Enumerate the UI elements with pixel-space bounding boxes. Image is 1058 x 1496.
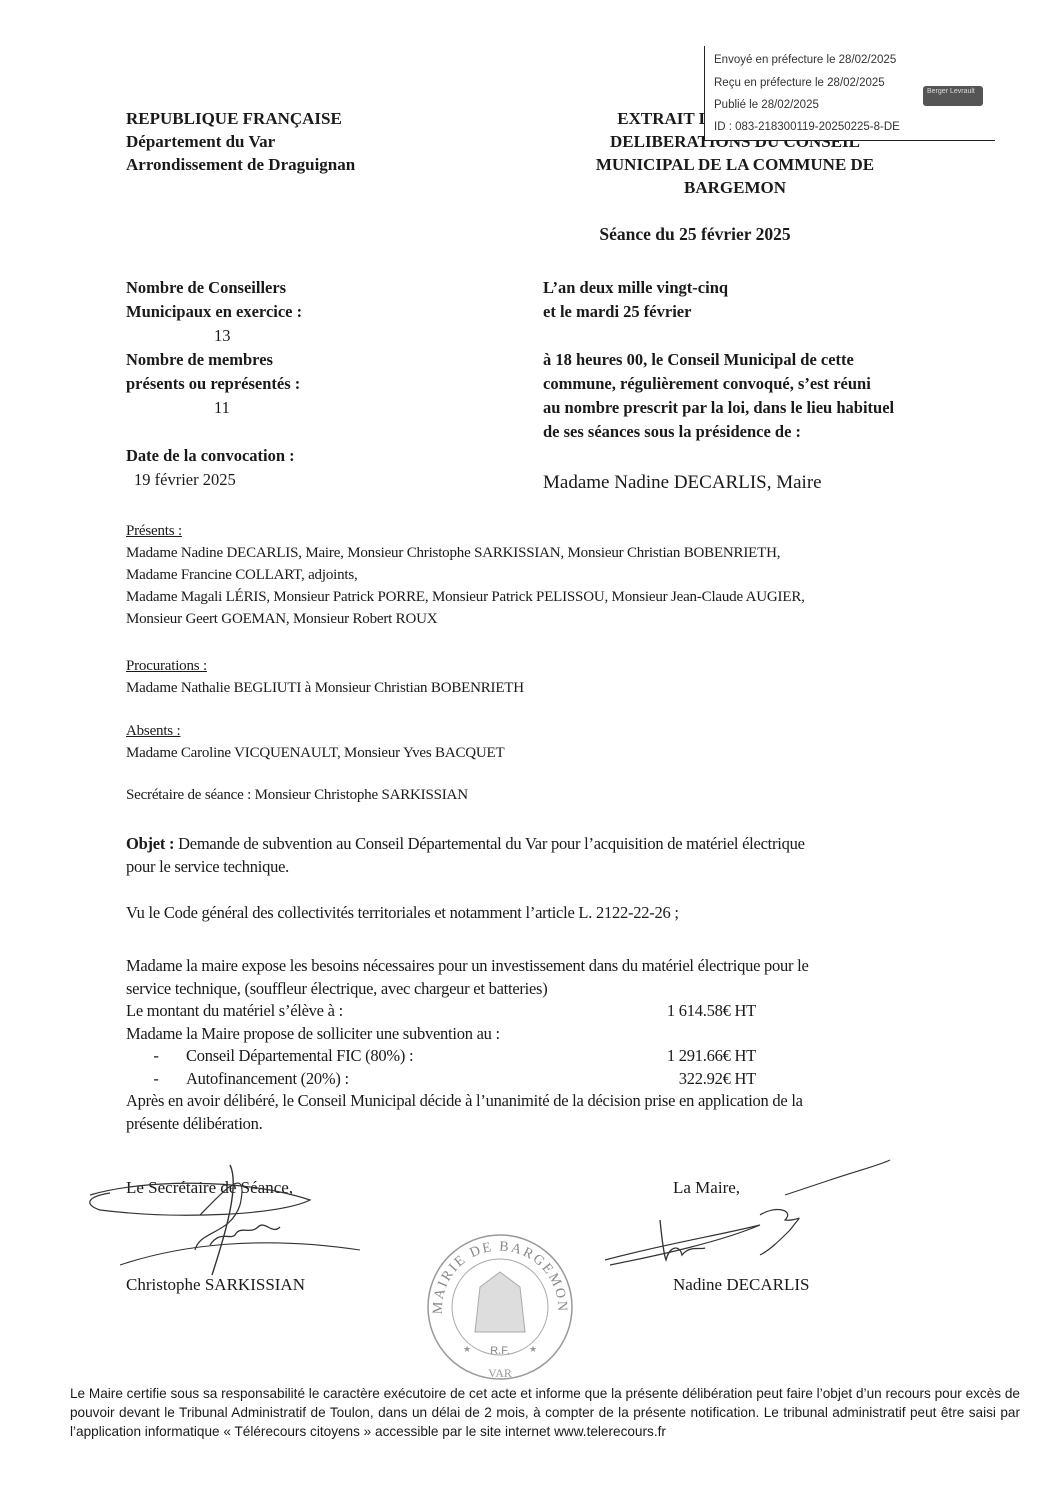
convocation-date: 19 février 2025: [126, 468, 302, 492]
presents-label: Présents :: [126, 520, 805, 542]
amount-value: 1 614.58€ HT: [636, 1000, 756, 1023]
transmission-stamp: Envoyé en préfecture le 28/02/2025 Reçu …: [704, 46, 995, 141]
absents-text: Madame Caroline VICQUENAULT, Monsieur Yv…: [126, 742, 504, 764]
object-section: Objet : Demande de subvention au Conseil…: [126, 833, 805, 878]
arrondissement: Arrondissement de Draguignan: [126, 153, 355, 176]
procurations-label: Procurations :: [126, 655, 524, 677]
commune-name: BARGEMON: [540, 176, 930, 199]
presents-line: Madame Magali LÉRIS, Monsieur Patrick PO…: [126, 586, 805, 608]
councillors-label-2: Municipaux en exercice :: [126, 300, 302, 324]
secretary-signature-icon: [80, 1155, 380, 1285]
members-label-2: présents ou représentés :: [126, 372, 302, 396]
funding-value: 1 291.66€ HT: [636, 1045, 756, 1068]
object-text: Demande de subvention au Conseil Départe…: [174, 834, 804, 853]
berger-levrault-logo: Berger Levrault: [923, 86, 983, 106]
funding-row: - Conseil Départemental FIC (80%) : 1 29…: [126, 1045, 809, 1068]
attendance-summary: Nombre de Conseillers Municipaux en exer…: [126, 276, 302, 492]
decision-line-2: présente délibération.: [126, 1113, 809, 1136]
object-label: Objet :: [126, 834, 174, 853]
procurations-text: Madame Nathalie BEGLIUTI à Monsieur Chri…: [126, 677, 524, 699]
meeting-line-4: de ses séances sous la présidence de :: [543, 420, 894, 444]
presents-line: Madame Francine COLLART, adjoints,: [126, 564, 805, 586]
session-title: Séance du 25 février 2025: [540, 224, 850, 245]
meeting-line-2: commune, régulièrement convoqué, s’est r…: [543, 372, 894, 396]
department: Département du Var: [126, 130, 355, 153]
councillors-count: 13: [126, 324, 302, 348]
town-seal-icon: MAIRIE DE BARGEMON R.F. VAR ★ ★: [425, 1232, 575, 1382]
year-line: L’an deux mille vingt-cinq: [543, 276, 894, 300]
stamp-id: ID : 083-218300119-20250225-8-DE: [714, 121, 900, 133]
procurations-section: Procurations : Madame Nathalie BEGLIUTI …: [126, 655, 524, 699]
document-title-line-3: MUNICIPAL DE LA COMMUNE DE: [540, 153, 930, 176]
amount-row: Le montant du matériel s’élève à : 1 614…: [126, 1000, 809, 1023]
svg-text:★: ★: [529, 1344, 537, 1354]
mayor-signature-icon: [600, 1160, 900, 1270]
mayor-name: Nadine DECARLIS: [673, 1275, 809, 1295]
absents-section: Absents : Madame Caroline VICQUENAULT, M…: [126, 720, 504, 764]
republic-heading: REPUBLIQUE FRANÇAISE: [126, 107, 355, 130]
councillors-label-1: Nombre de Conseillers: [126, 276, 302, 300]
meeting-line-3: au nombre prescrit par la loi, dans le l…: [543, 396, 894, 420]
meeting-line-1: à 18 heures 00, le Conseil Municipal de …: [543, 348, 894, 372]
members-count: 11: [126, 396, 302, 420]
convocation-label: Date de la convocation :: [126, 444, 302, 468]
stamp-sent: Envoyé en préfecture le 28/02/2025: [714, 54, 896, 66]
exposition-line-1: Madame la maire expose les besoins néces…: [126, 955, 809, 978]
decision-line-1: Après en avoir délibéré, le Conseil Muni…: [126, 1090, 809, 1113]
presents-line: Monsieur Geert GOEMAN, Monsieur Robert R…: [126, 608, 805, 630]
header-left: REPUBLIQUE FRANÇAISE Département du Var …: [126, 107, 355, 176]
svg-text:VAR: VAR: [488, 1366, 512, 1380]
amount-label: Le montant du matériel s’élève à :: [126, 1000, 636, 1023]
date-line: et le mardi 25 février: [543, 300, 894, 324]
secretary-line: Secrétaire de séance : Monsieur Christop…: [126, 784, 468, 806]
funding-value: 322.92€ HT: [636, 1068, 756, 1091]
svg-text:R.F.: R.F.: [490, 1345, 510, 1357]
absents-label: Absents :: [126, 720, 504, 742]
legal-footer: Le Maire certifie sous sa responsabilité…: [70, 1384, 1020, 1441]
meeting-president: Madame Nadine DECARLIS, Maire: [543, 472, 822, 494]
exposition-line-2: service technique, (souffleur électrique…: [126, 978, 809, 1001]
funding-label: Autofinancement (20%) :: [186, 1068, 636, 1091]
stamp-published: Publié le 28/02/2025: [714, 99, 819, 111]
object-text-2: pour le service technique.: [126, 856, 805, 879]
funding-row: - Autofinancement (20%) : 322.92€ HT: [126, 1068, 809, 1091]
presents-line: Madame Nadine DECARLIS, Maire, Monsieur …: [126, 542, 805, 564]
members-label-1: Nombre de membres: [126, 348, 302, 372]
proposal-line: Madame la Maire propose de solliciter un…: [126, 1023, 809, 1046]
legal-basis: Vu le Code général des collectivités ter…: [126, 902, 679, 925]
funding-label: Conseil Départemental FIC (80%) :: [186, 1045, 636, 1068]
meeting-details: L’an deux mille vingt-cinq et le mardi 2…: [543, 276, 894, 444]
stamp-received: Reçu en préfecture le 28/02/2025: [714, 77, 885, 89]
presents-section: Présents : Madame Nadine DECARLIS, Maire…: [126, 520, 805, 630]
svg-text:★: ★: [463, 1344, 471, 1354]
exposition-section: Madame la maire expose les besoins néces…: [126, 955, 809, 1135]
